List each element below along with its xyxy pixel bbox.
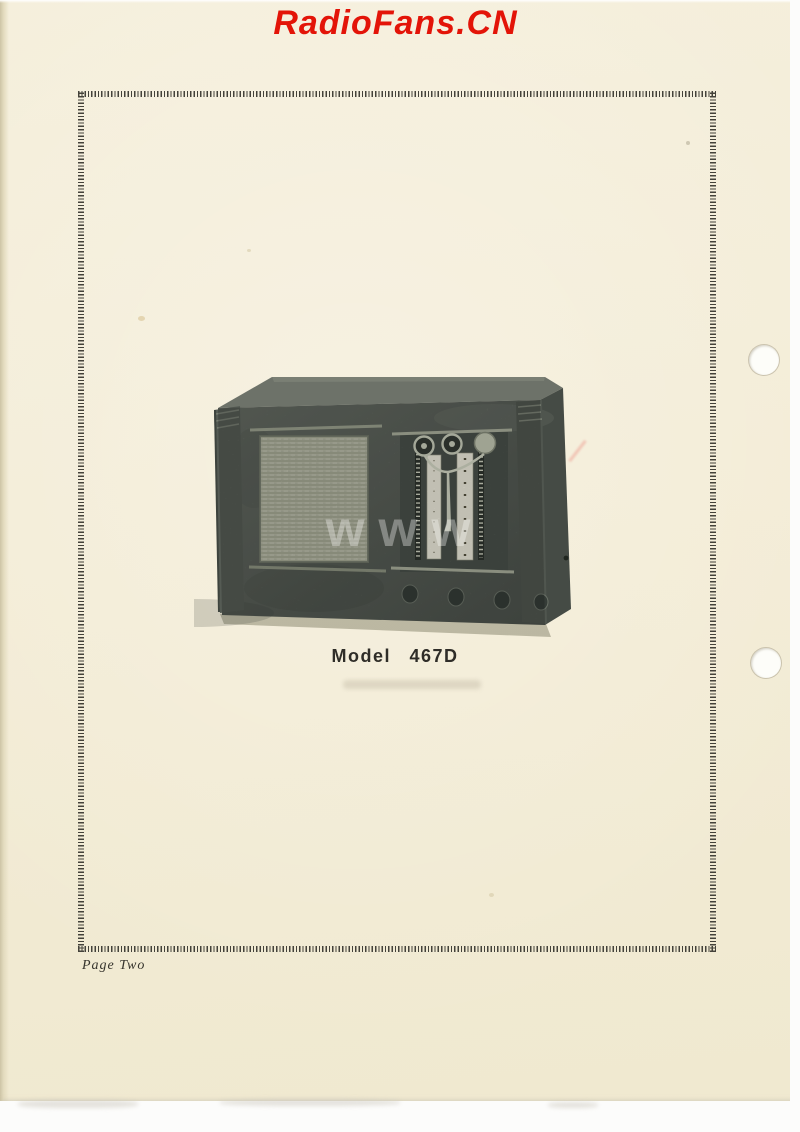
border-left [78,91,84,952]
punch-hole-bottom [751,648,781,678]
radio-photo [194,358,596,658]
keyhole-detail [564,556,569,561]
scanned-manual-page: RadioFans.CN [0,0,800,1132]
erased-text-smudge [343,680,481,689]
punch-hole-top [749,345,779,375]
photo-caption: Model 467D [194,646,596,667]
paper-top-edge [0,0,791,3]
brand-title: RadioFans.CN [0,4,791,43]
paper-left-edge-shadow [0,0,9,1106]
scan-right-margin [790,0,800,1132]
border-top [78,91,716,97]
paper-edge-smudge [220,1099,400,1106]
border-right [710,91,716,952]
paper-edge-smudge [18,1100,138,1108]
paper-edge-smudge [548,1102,598,1108]
footer-page-number: Page Two [82,958,145,974]
border-bottom [78,946,716,952]
